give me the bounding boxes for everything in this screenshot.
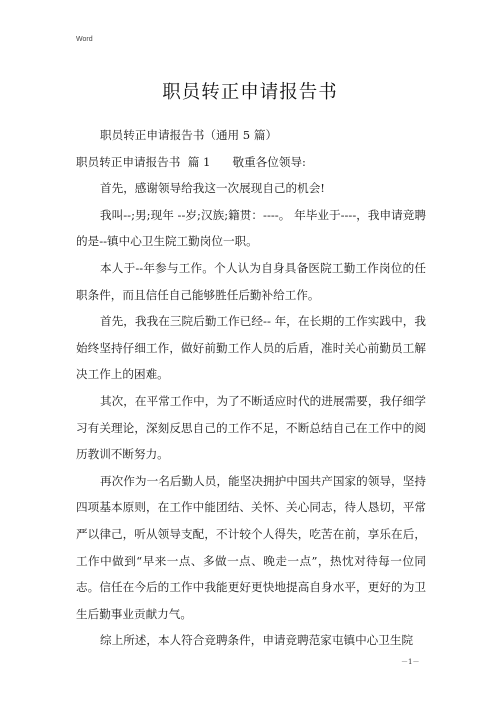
paragraph: 职员转正申请报告书（通用 5 篇） [76,122,426,149]
paragraph: 再次作为一名后勤人员，能坚决拥护中国共产国家的领导，坚持四项基本原则，在工作中能… [76,468,426,628]
paragraph: 综上所述，本人符合竞聘条件，申请竞聘范家屯镇中心卫生院 [76,627,426,654]
app-label: Word [76,36,93,43]
document-body: 职员转正申请报告书（通用 5 篇） 职员转正申请报告书 篇 1 敬重各位领导: … [76,122,426,654]
document-title: 职员转正申请报告书 [0,78,500,104]
paragraph: 其次，在平常工作中，为了不断适应时代的进展需要，我仔细学习有关理论，深刻反思自己… [76,388,426,468]
page-number: －1－ [401,657,419,667]
paragraph: 本人于--年参与工作。个人认为自身具备医院工勤工作岗位的任职条件，而且信任自己能… [76,255,426,308]
paragraph: 首先，感谢领导给我这一次展现自己的机会! [76,175,426,202]
paragraph: 首先，我我在三院后勤工作已经-- 年，在长期的工作实践中，我始终坚持仔细工作，做… [76,308,426,388]
paragraph: 职员转正申请报告书 篇 1 敬重各位领导: [76,149,426,176]
paragraph: 我叫--;男;现年 --岁;汉族;籍贯：----。 年毕业于----，我申请竞聘… [76,202,426,255]
